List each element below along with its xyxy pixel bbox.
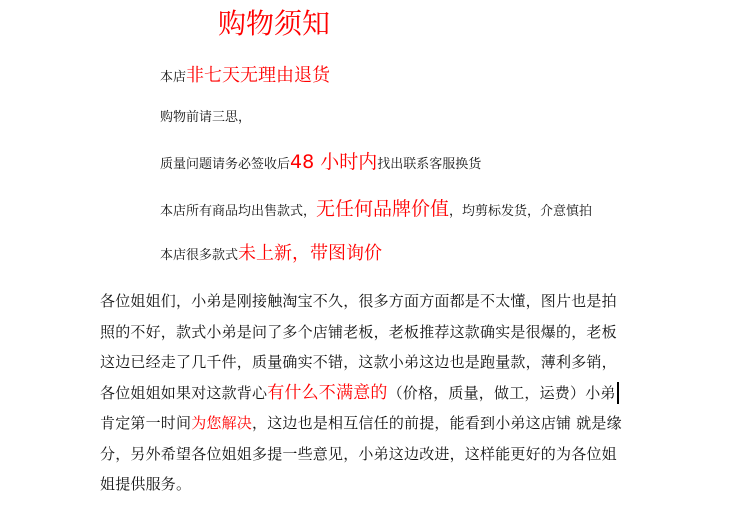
notice-text: ，均剪标发货，介意慎拍 <box>449 204 592 219</box>
notice-text: 本店所有商品均出售款式， <box>160 204 316 219</box>
notice-text: 本店很多款式 <box>160 248 238 263</box>
paragraph-line: 肯定第一时间为您解决，这边也是相互信任的前提，能看到小弟这店铺 就是缘 <box>100 408 660 439</box>
paragraph-highlight: 为您解决 <box>191 414 252 432</box>
paragraph-text: ，这边也是相互信任的前提，能看到小弟这店铺 就是缘 <box>252 414 622 432</box>
paragraph-text: 肯定第一时间 <box>100 414 191 432</box>
notice-highlight: 非七天无理由退货 <box>186 65 330 86</box>
paragraph-line: 各位姐姐们，小弟是刚接触淘宝不久，很多方面方面都是不太懂，图片也是拍 <box>100 286 660 317</box>
notice-quality-issue: 质量问题请务必签收后48 小时内找出联系客服换货 <box>160 152 481 175</box>
paragraph-line: 姐提供服务。 <box>100 469 660 500</box>
notice-text: 质量问题请务必签收后 <box>160 157 290 172</box>
notice-text: 购物前请三思， <box>160 110 251 125</box>
notice-no-brand: 本店所有商品均出售款式，无任何品牌价值，均剪标发货，介意慎拍 <box>160 199 592 222</box>
paragraph-line: 照的不好，款式小弟是问了多个店铺老板，老板推荐这款确实是很爆的，老板 <box>100 317 660 348</box>
paragraph-line: 分，另外希望各位姐姐多提一些意见，小弟这边改进，这样能更好的为各位姐 <box>100 439 660 470</box>
notice-think-twice: 购物前请三思， <box>160 108 251 128</box>
notice-text: 本店 <box>160 70 186 85</box>
paragraph-line: 各位姐姐如果对这款背心有什么不满意的（价格，质量，做工，运费）小弟 <box>100 378 660 409</box>
notice-highlight: 未上新，带图询价 <box>238 243 382 264</box>
notice-highlight: 无任何品牌价值 <box>316 198 449 220</box>
message-paragraph[interactable]: 各位姐姐们，小弟是刚接触淘宝不久，很多方面方面都是不太懂，图片也是拍 照的不好，… <box>100 286 660 500</box>
notice-text: 找出联系客服换货 <box>377 157 481 172</box>
page-title: 购物须知 <box>218 4 330 44</box>
text-cursor <box>617 382 619 404</box>
paragraph-text: 各位姐姐如果对这款背心 <box>100 384 267 402</box>
notice-not-listed: 本店很多款式未上新，带图询价 <box>160 244 382 266</box>
paragraph-text: （价格，质量，做工，运费）小弟 <box>388 384 616 402</box>
notice-highlight: 48 小时内 <box>290 151 377 173</box>
notice-no-return: 本店非七天无理由退货 <box>160 66 330 88</box>
paragraph-line: 这边已经走了几千件，质量确实不错，这款小弟这边也是跑量款，薄利多销， <box>100 347 660 378</box>
paragraph-highlight: 有什么不满意的 <box>267 383 387 403</box>
